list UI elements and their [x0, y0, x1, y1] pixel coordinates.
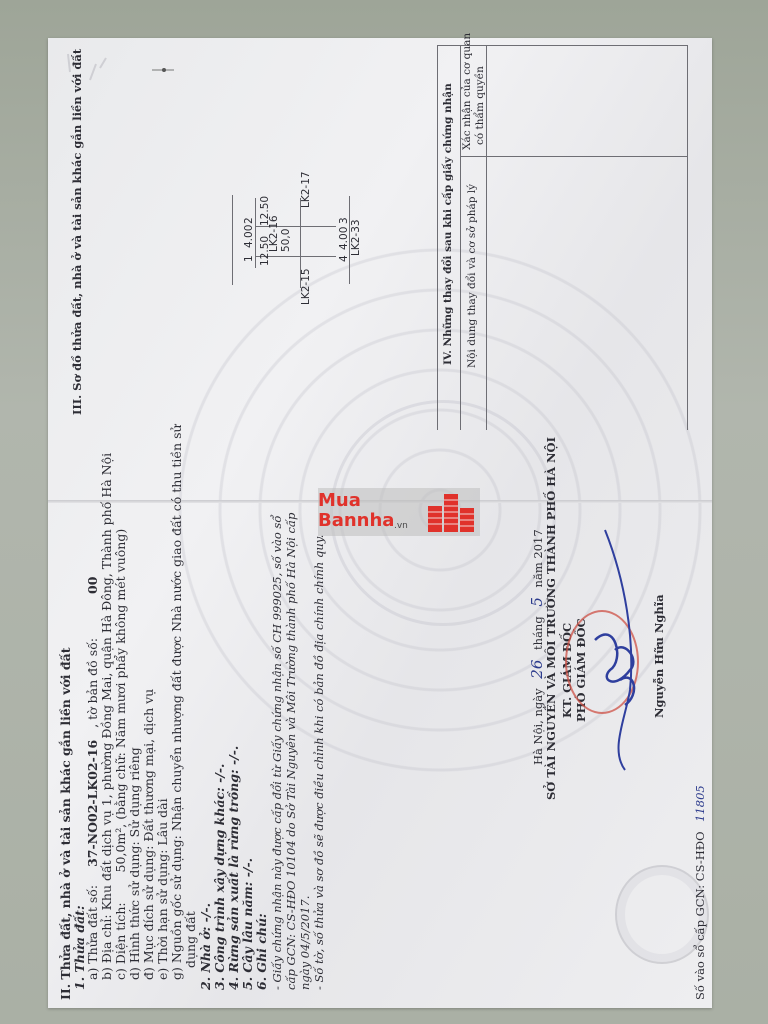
perennial-tree-item: 5. Cây lâu năm: -/-. — [240, 858, 255, 990]
watermark-line-2: Bannha — [318, 512, 394, 530]
watermark-suffix: .vn — [394, 522, 408, 531]
registry-value: 11805 — [693, 785, 707, 822]
watermark-line-1: Mua — [318, 492, 361, 510]
usage-term-row: e) Thời hạn sử dụng: Lâu dài — [155, 798, 170, 980]
usage-origin-row: g) Nguồn gốc sử dụng: Nhận chuyển nhượng… — [169, 424, 184, 980]
table-border-left — [437, 45, 438, 430]
registry-number: Số vào sổ cấp GCN: CS-HĐO 11805 — [693, 785, 707, 1000]
usage-origin-row-2: dụng đất — [183, 911, 198, 968]
bottom-neighbor: LK2-33 — [350, 219, 362, 256]
diagram-line-top — [232, 195, 233, 285]
diagram-line-1 — [255, 198, 256, 268]
parcel-id: LK2-16 — [268, 215, 280, 252]
corner-1: 1 — [243, 255, 255, 262]
table-border-right — [687, 45, 688, 430]
column-confirmation-header-l1: Xác nhận của cơ quan — [461, 33, 473, 150]
address-row: b) Địa chỉ: Khu đất dịch vụ 1, phường Đồ… — [99, 453, 114, 980]
corner-2: 2 — [243, 217, 255, 224]
house-item: 2. Nhà ở: -/-. — [198, 903, 213, 990]
section-4-heading: IV. Những thay đổi sau khi cấp giấy chứn… — [442, 83, 454, 365]
left-neighbor: LK2-15 — [300, 268, 312, 305]
note-2: - Số tờ, số thửa và sơ đồ sẽ được điều c… — [312, 535, 326, 990]
note-1-line-2: cấp GCN: CS-HĐO 10104 do Sở Tài Nguyên v… — [284, 513, 298, 990]
column-changes-header: Nội dung thay đổi và cơ sở pháp lý — [466, 184, 478, 368]
parcel-number-row: a) Thửa đất số: 37-NO02-LK02-16 , tờ bản… — [85, 577, 100, 980]
other-construction-item: 3. Công trình xây dựng khác: -/-. — [212, 764, 227, 990]
table-column-divider — [460, 156, 687, 157]
note-1-line-1: - Giấy chứng nhận này được cấp đổi từ Gi… — [270, 516, 284, 990]
right-neighbor: LK2-17 — [300, 171, 312, 208]
date-prefix: Hà Nội, ngày — [531, 688, 545, 765]
notes-heading: 6. Ghi chú: — [254, 913, 269, 990]
usage-purpose-row: đ) Mục đích sử dụng: Đất thương mại, dịc… — [141, 689, 156, 980]
section-2-heading: II. Thửa đất, nhà ở và tài sản khác gắn … — [58, 647, 73, 1000]
top-side-length: 4.00 — [243, 225, 255, 248]
year-label: năm 2017 — [531, 529, 545, 587]
corner-4: 4 — [338, 255, 350, 262]
forest-item: 4. Rừng sản xuất là rừng trồng: -/-. — [226, 746, 241, 990]
registry-label: Số vào sổ cấp GCN: CS-HĐO — [693, 832, 707, 1001]
section-3-heading: III. Sơ đồ thửa đất, nhà ở và tài sản kh… — [70, 49, 84, 415]
area-row: c) Diện tích: 50,0m², (bằng chữ: Năm mươ… — [113, 529, 128, 980]
parcel-number-value: 37-NO02-LK02-16 — [85, 740, 100, 867]
watermark-logo: Mua Bannha .vn — [318, 488, 480, 536]
signer-name: Nguyễn Hữu Nghĩa — [652, 594, 666, 718]
usage-form-row: d) Hình thức sử dụng: Sử dụng riêng — [127, 747, 142, 980]
table-border-top — [437, 45, 687, 46]
issuing-authority: SỞ TÀI NGUYÊN VÀ MÔI TRƯỜNG THÀNH PHỐ HÀ… — [544, 437, 558, 800]
table-divider-2 — [486, 45, 487, 430]
area-label: c) Diện tích: — [113, 902, 128, 980]
parcel-number-label: a) Thửa đất số: — [85, 885, 100, 980]
map-sheet-label: , tờ bản đồ số: — [85, 638, 100, 728]
note-1-line-3: ngày 04/5/2017. — [298, 896, 312, 990]
parcel-area: 50,0 — [280, 229, 292, 252]
column-confirmation-header-l2: có thẩm quyền — [474, 66, 486, 145]
month-label: tháng — [531, 616, 545, 650]
map-sheet-value: 00 — [85, 577, 100, 594]
corner-3: 3 — [338, 217, 350, 224]
buildings-icon — [426, 490, 476, 534]
staple-marks — [60, 50, 180, 90]
bottom-side-length: 4.00 — [338, 227, 350, 250]
area-value: 50,0m², (bằng chữ: Năm mươi phẩy không m… — [113, 529, 128, 873]
